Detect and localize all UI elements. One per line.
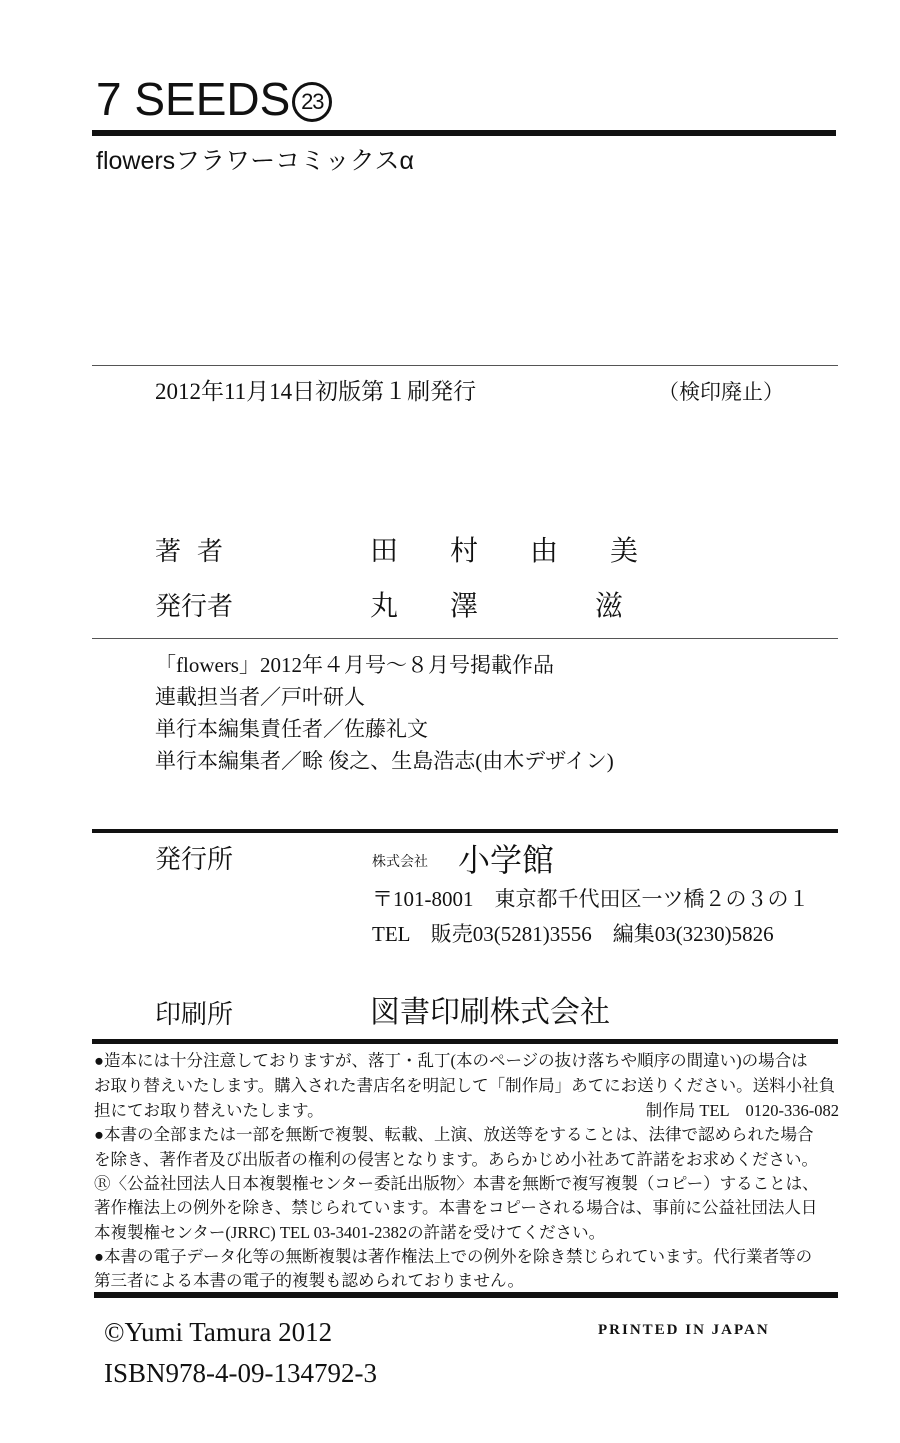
printed-in-japan: PRINTED IN JAPAN [598,1320,770,1340]
isbn: ISBN978-4-09-134792-3 [104,1356,377,1390]
imprint-label: flowersフラワーコミックスα [96,145,414,177]
notice-line-5: を除き、著作者及び出版者の権利の侵害となります。あらかじめ小社あて許諾をお求めく… [94,1149,839,1171]
first-edition-date: 2012年11月14日初版第１刷発行 [155,377,476,407]
publisher-name-given: 滋 [595,590,623,624]
notice-line-9: ●本書の電子データ化等の無断複製は著作権法上での例外を除き禁じられています。代行… [94,1246,839,1268]
credit-chief-editor: 単行本編集責任者／佐藤礼文 [155,715,428,744]
title-rule [92,130,836,136]
author-name: 田村由美 [370,535,690,569]
publishing-house-address: 〒101-8001 東京都千代田区一ツ橋２の３の１ [372,885,810,913]
printer-name: 図書印刷株式会社 [370,994,610,1032]
notice-line-4: ●本書の全部または一部を無断で複製、転載、上演、放送等をすることは、法律で認めら… [94,1124,839,1146]
notice-line-8: 本複製権センター(JRRC) TEL 03-3401-2382の許諾を受けてくだ… [94,1222,839,1244]
author-label: 著者 [155,535,239,569]
printer-label: 印刷所 [155,998,233,1032]
publishing-house-label: 発行所 [155,843,233,877]
copyright-notice: ©Yumi Tamura 2012 [104,1315,332,1349]
publisher-name-surname: 丸澤 [370,590,530,624]
notice-line-10: 第三者による本書の電子的複製も認められておりません。 [94,1270,839,1292]
book-title: 7 SEEDS23 [96,74,332,124]
publishing-house-name: 小学館 [458,841,554,879]
production-dept-phone: 制作局 TEL 0120-336-082 [94,1100,839,1122]
edition-top-rule [92,365,838,366]
notice-line-2: お取り替えいたします。購入された書店名を明記して「制作局」あてにお送りください。… [94,1075,839,1097]
credit-editors: 単行本編集者／畭 俊之、生島浩志(由木デザイン) [155,747,614,776]
book-title-text: 7 SEEDS [96,73,290,125]
publishing-house-corp-prefix: 株式会社 [372,853,428,873]
footer-top-rule [94,1292,838,1298]
volume-number-badge: 23 [292,82,332,122]
seal-abolished-note: （検印廃止） [658,378,784,406]
people-bottom-rule [92,638,838,639]
notice-line-6: Ⓡ〈公益社団法人日本複製権センター委託出版物〉本書を無断で複写複製（コピー）する… [94,1173,839,1195]
publishing-house-phone: TEL 販売03(5281)3556 編集03(3230)5826 [372,920,774,948]
notice-line-7: 著作権法上の例外を除き、禁じられています。本書をコピーされる場合は、事前に公益社… [94,1197,839,1219]
credit-serial-editor: 連載担当者／戸叶研人 [155,683,365,712]
notice-line-1: ●造本には十分注意しておりますが、落丁・乱丁(本のページの抜け落ちや順序の間違い… [94,1050,839,1072]
credits-bottom-rule [92,829,838,833]
publisher-label: 発行者 [155,590,233,624]
credit-serialization: 「flowers」2012年４月号～８月号掲載作品 [155,651,554,680]
notices-top-rule [92,1039,838,1044]
